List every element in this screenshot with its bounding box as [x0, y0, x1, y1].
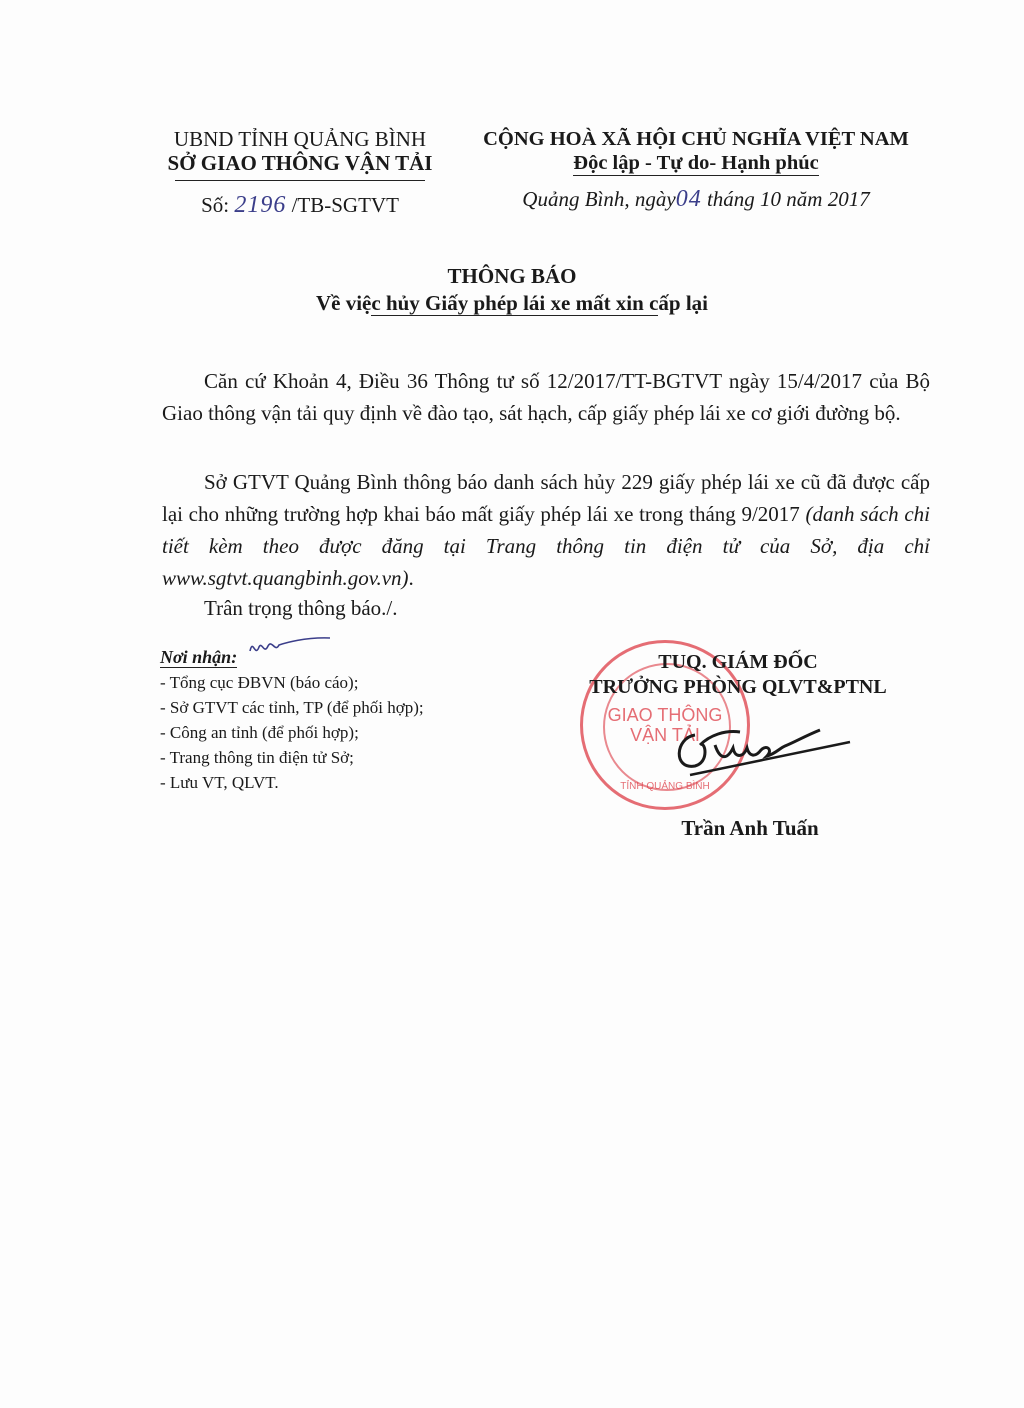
- signature-block: TUQ. GIÁM ĐỐC TRƯỞNG PHÒNG QLVT&PTNL: [548, 650, 928, 700]
- national-motto: Độc lập - Tự do- Hạnh phúc: [462, 151, 930, 175]
- handwritten-day: 04: [676, 186, 702, 212]
- recipient-item: - Lưu VT, QLVT.: [160, 770, 424, 795]
- department-name: SỞ GIAO THÔNG VẬN TẢI: [150, 151, 450, 175]
- document-date: Quảng Bình, ngày04 tháng 10 năm 2017: [462, 187, 930, 211]
- initials-scribble: [245, 633, 335, 663]
- handwritten-number: 2196: [234, 192, 286, 218]
- recipient-item: - Tổng cục ĐBVN (báo cáo);: [160, 670, 424, 695]
- recipient-item: - Trang thông tin điện tử Sở;: [160, 745, 424, 770]
- national-title: CỘNG HOÀ XÃ HỘI CHỦ NGHĨA VIỆT NAM: [462, 127, 930, 151]
- recipient-item: - Công an tỉnh (để phối hợp);: [160, 720, 424, 745]
- provincial-authority: UBND TỈNH QUẢNG BÌNH: [150, 127, 450, 151]
- handwritten-signature: [655, 700, 855, 790]
- document-title: THÔNG BÁO: [0, 263, 1024, 289]
- national-header-block: CỘNG HOÀ XÃ HỘI CHỦ NGHĨA VIỆT NAM Độc l…: [462, 127, 930, 211]
- closing-remark: Trân trọng thông báo./.: [204, 594, 397, 622]
- document-number: Số: 2196 /TB-SGTVT: [150, 193, 450, 217]
- recipients-list: Nơi nhận: - Tổng cục ĐBVN (báo cáo); - S…: [160, 645, 424, 795]
- announcement-paragraph: Sở GTVT Quảng Bình thông báo danh sách h…: [162, 466, 930, 594]
- issuing-authority-block: UBND TỈNH QUẢNG BÌNH SỞ GIAO THÔNG VẬN T…: [150, 127, 450, 217]
- signature-title: TUQ. GIÁM ĐỐC: [548, 650, 928, 675]
- signer-name: Trần Anh Tuấn: [560, 816, 940, 841]
- recipient-item: - Sở GTVT các tỉnh, TP (để phối hợp);: [160, 695, 424, 720]
- header-divider: [175, 180, 425, 181]
- legal-basis-paragraph: Căn cứ Khoản 4, Điều 36 Thông tư số 12/2…: [162, 365, 930, 429]
- document-subject: Về việc hủy Giấy phép lái xe mất xin cấp…: [0, 290, 1024, 316]
- signature-position: TRƯỞNG PHÒNG QLVT&PTNL: [548, 675, 928, 700]
